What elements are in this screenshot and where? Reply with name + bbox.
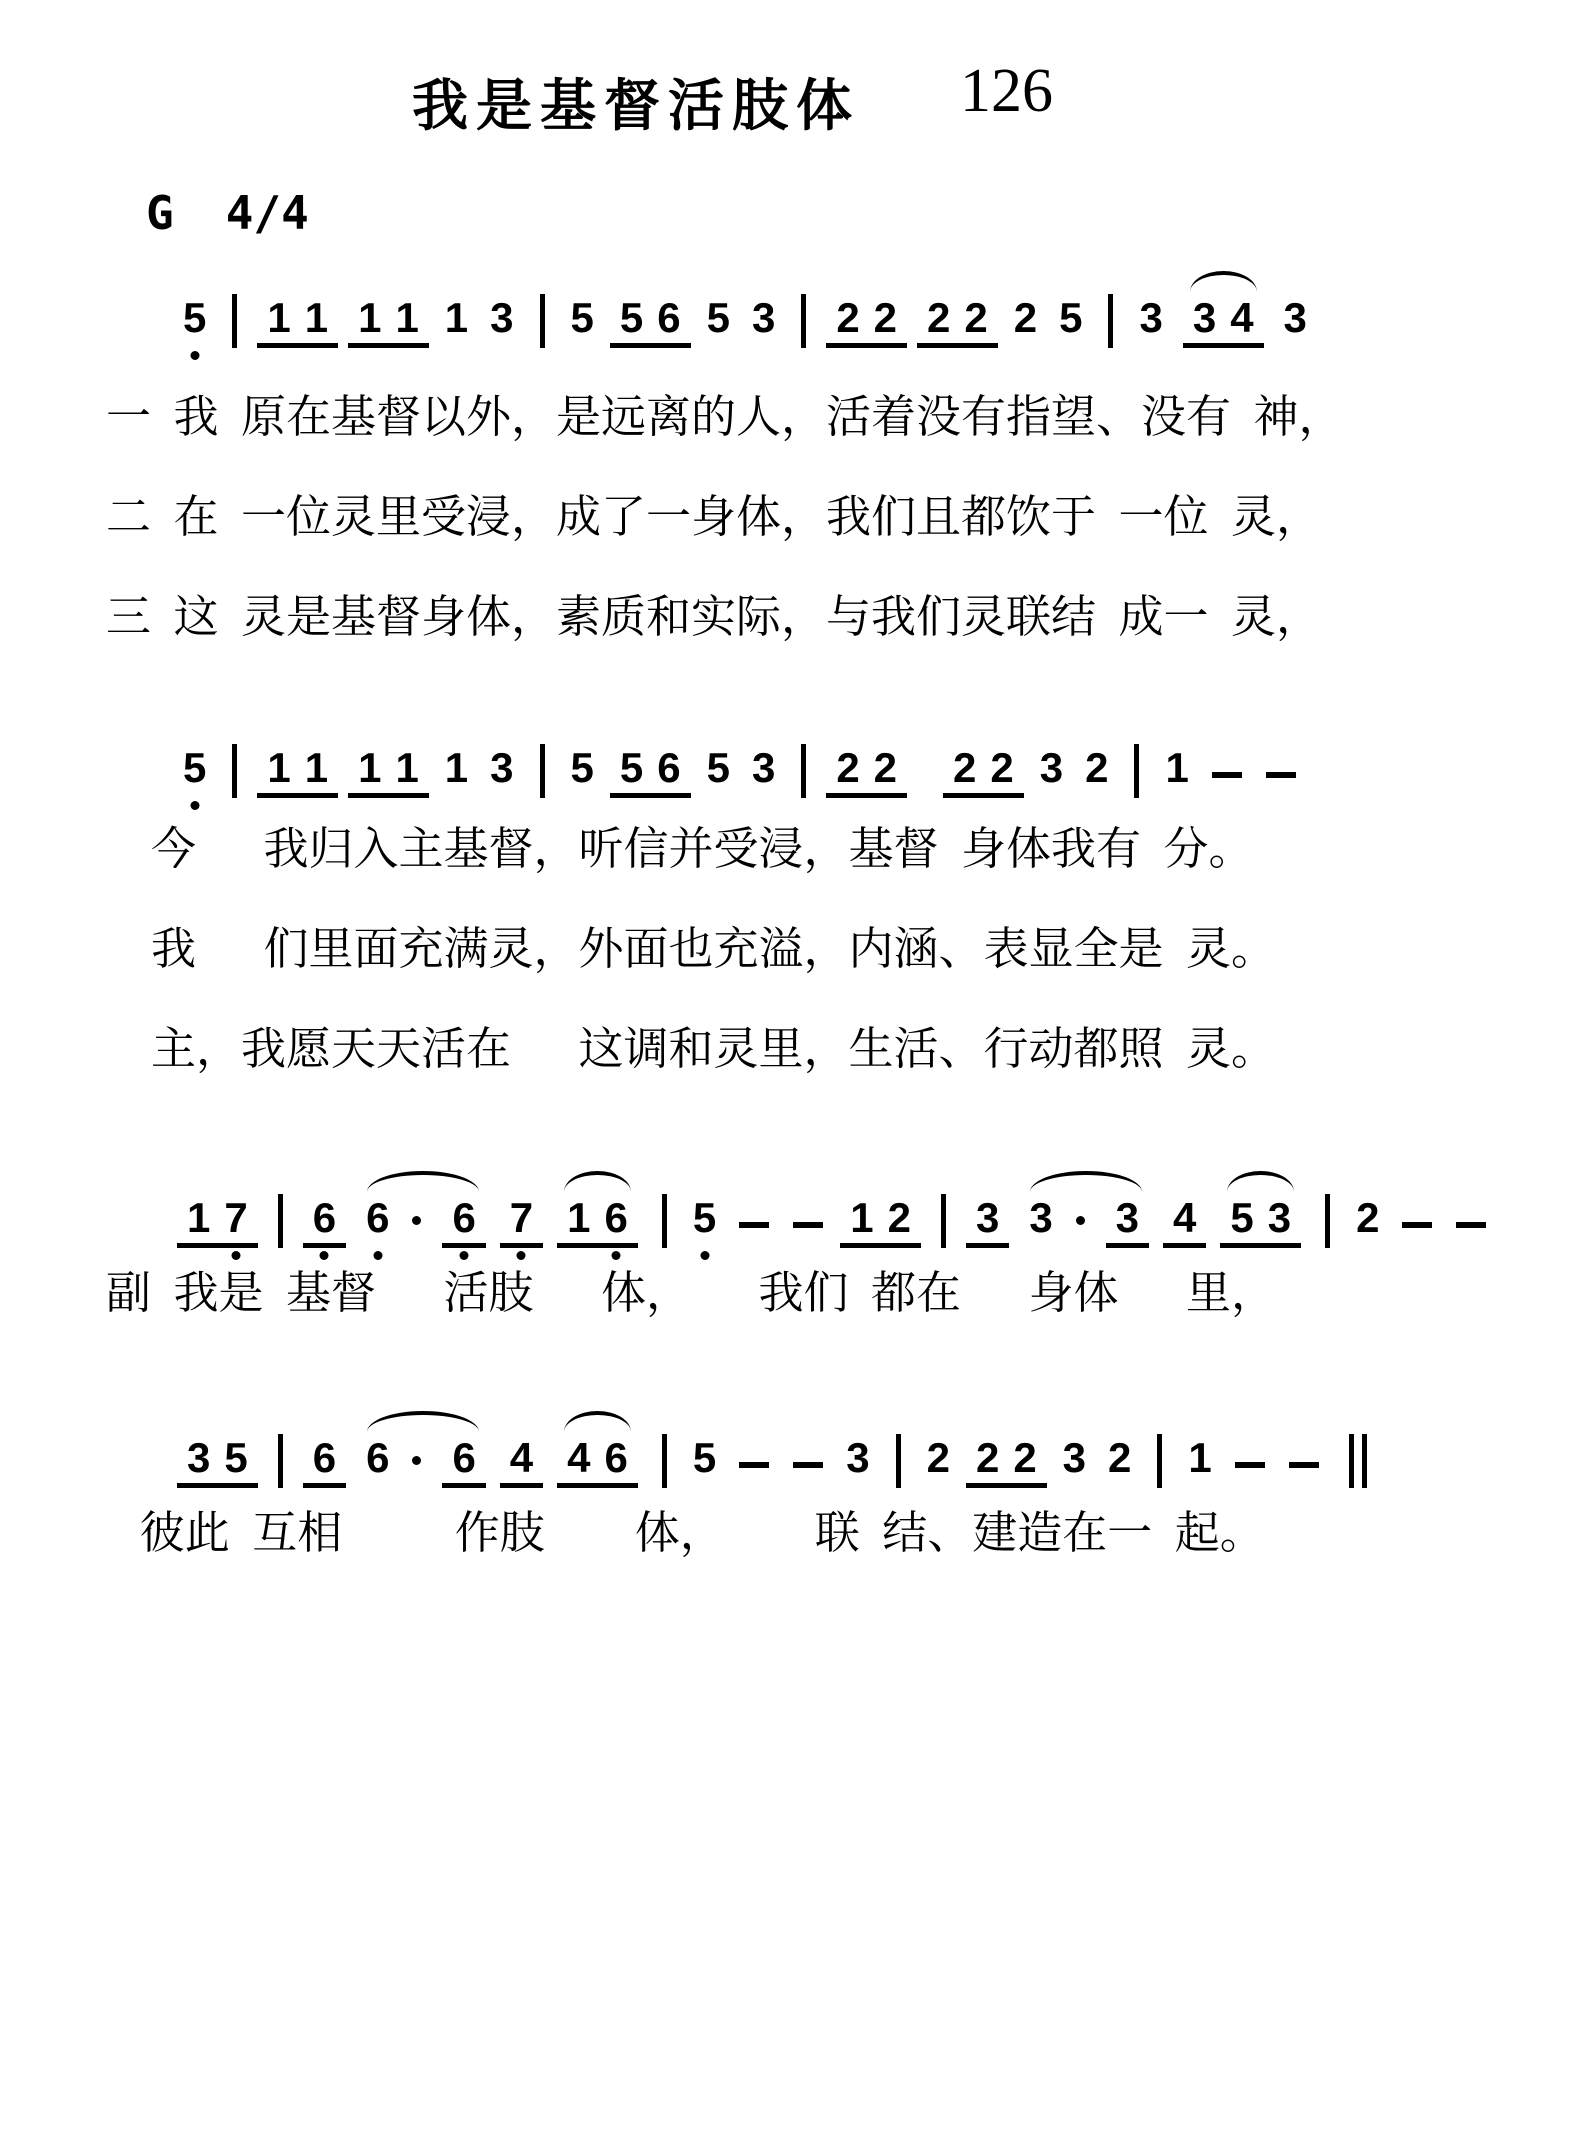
note-digit-low-octave: 7	[503, 1197, 540, 1239]
duration-dash	[739, 1222, 769, 1228]
note-3: 3	[1033, 747, 1070, 798]
duration-dash	[1266, 772, 1296, 778]
note-digit-low-octave: 5	[176, 297, 213, 339]
barline	[278, 1434, 283, 1488]
note-digit: 4	[503, 1437, 540, 1479]
barline	[662, 1434, 667, 1488]
note-6: 6	[445, 1197, 482, 1239]
note-digit: 5	[613, 747, 650, 789]
barline	[941, 1194, 946, 1248]
augmentation-dot	[1076, 1216, 1085, 1225]
music-line-verse-b: 5111113556532222321	[172, 712, 1308, 798]
note-1: 1	[351, 747, 388, 789]
note-4: 4	[560, 1437, 597, 1479]
note-digit: 2	[829, 297, 866, 339]
note-2: 2	[1078, 747, 1115, 798]
beam-underline-group: 4	[1163, 1197, 1206, 1248]
note-digit: 1	[260, 297, 297, 339]
note-digit: 3	[1261, 1197, 1298, 1239]
note-3: 3	[745, 747, 782, 798]
note-1: 1	[438, 747, 475, 798]
note-digit: 6	[445, 1437, 482, 1479]
note-digit: 5	[1223, 1197, 1260, 1239]
barline	[896, 1434, 901, 1488]
note-3: 3	[745, 297, 782, 348]
barline	[1157, 1434, 1162, 1488]
note-5: 5	[176, 747, 213, 798]
duration-dash	[793, 1222, 823, 1228]
note-1: 1	[298, 747, 335, 789]
note-2: 2	[829, 297, 866, 339]
key-signature: G4/4	[146, 186, 309, 240]
note-digit: 1	[260, 747, 297, 789]
note-7: 7	[217, 1197, 254, 1239]
beam-underline-group: 6	[303, 1437, 346, 1488]
note-digit: 3	[483, 747, 520, 789]
note-5: 5	[686, 1197, 723, 1248]
note-digit-low-octave: 6	[445, 1197, 482, 1239]
lyric-verse-3: 三 这 灵是基督身体，素质和实际，与我们灵联结 成一 灵，	[106, 590, 1321, 644]
note-1: 1	[260, 297, 297, 339]
note-digit: 1	[560, 1197, 597, 1239]
note-digit: 2	[867, 297, 904, 339]
note-digit: 3	[1109, 1197, 1146, 1239]
beam-underline-group: 22	[826, 747, 907, 798]
augmentation-dot	[412, 1456, 421, 1465]
note-3: 3	[1109, 1197, 1146, 1239]
note-3: 3	[180, 1437, 217, 1479]
note-2: 2	[983, 747, 1020, 789]
beam-underline-group: 3	[966, 1197, 1009, 1248]
note-2: 2	[957, 297, 994, 339]
note-digit-low-octave: 7	[217, 1197, 254, 1239]
note-3: 3	[1261, 1197, 1298, 1239]
note-digit: 1	[1181, 1437, 1218, 1479]
note-digit: 3	[839, 1437, 876, 1479]
beam-underline-group: 22	[966, 1437, 1047, 1488]
note-digit: 2	[983, 747, 1020, 789]
note-digit: 3	[1186, 297, 1223, 339]
note-3: 3	[839, 1437, 876, 1488]
note-digit: 3	[969, 1197, 1006, 1239]
note-1: 1	[1181, 1437, 1218, 1488]
slur-arc-group: 66	[355, 1197, 491, 1248]
final-double-barline	[1349, 1434, 1367, 1488]
barline	[1108, 294, 1113, 348]
hymn-title: 我是基督活肢体	[412, 62, 860, 142]
note-3: 3	[969, 1197, 1006, 1239]
duration-dash	[1235, 1462, 1265, 1468]
note-digit-low-octave: 6	[306, 1197, 343, 1239]
note-digit: 5	[613, 297, 650, 339]
barline	[662, 1194, 667, 1248]
note-digit: 2	[829, 747, 866, 789]
note-digit: 6	[650, 297, 687, 339]
note-6: 6	[359, 1437, 433, 1488]
lyric-verse-1b: 今 我归入主基督，听信并受浸，基督 身体我有 分。	[106, 822, 1254, 876]
slur-arc-group: 33	[1018, 1197, 1154, 1248]
note-1: 1	[180, 1197, 217, 1239]
beam-underline-group: 3	[1106, 1197, 1149, 1248]
beam-underline-group: 53	[1220, 1197, 1301, 1248]
note-2: 2	[1007, 297, 1044, 348]
note-5: 5	[613, 747, 650, 789]
note-5: 5	[176, 297, 213, 348]
barline	[1362, 1434, 1367, 1488]
music-line-verse-a: 5111113556532222253343	[172, 262, 1318, 348]
note-3: 3	[1056, 1437, 1093, 1488]
beam-underline-group: 12	[840, 1197, 921, 1248]
beam-underline-group: 11	[348, 747, 429, 798]
slur-arc-group: 16	[552, 1197, 643, 1248]
augmentation-dot	[412, 1216, 421, 1225]
note-digit: 3	[1033, 747, 1070, 789]
note-5: 5	[613, 297, 650, 339]
note-digit: 3	[745, 747, 782, 789]
note-digit: 1	[180, 1197, 217, 1239]
note-digit: 4	[560, 1437, 597, 1479]
note-digit: 6	[650, 747, 687, 789]
note-1: 1	[388, 297, 425, 339]
beam-underline-group: 56	[610, 297, 691, 348]
note-digit: 3	[1056, 1437, 1093, 1479]
note-4: 4	[1166, 1197, 1203, 1239]
note-digit: 2	[969, 1437, 1006, 1479]
note-digit: 6	[598, 1437, 635, 1479]
barline	[540, 294, 545, 348]
lyric-chorus-a: 副 我是 基督 活肢 体， 我们 都在 身体 里，	[106, 1266, 1276, 1320]
beam-underline-group: 34	[1183, 297, 1264, 348]
note-digit: 6	[359, 1437, 396, 1479]
note-2: 2	[920, 297, 957, 339]
note-digit: 2	[920, 1437, 957, 1479]
note-6: 6	[598, 1437, 635, 1479]
music-line-chorus-b: 3566644653222321	[172, 1402, 1367, 1488]
duration-dash	[1289, 1462, 1319, 1468]
note-digit: 3	[483, 297, 520, 339]
barline	[801, 744, 806, 798]
note-digit: 5	[564, 297, 601, 339]
beam-underline-group: 7	[500, 1197, 543, 1248]
note-digit: 2	[946, 747, 983, 789]
note-digit: 1	[1158, 747, 1195, 789]
beam-underline-group: 46	[557, 1437, 638, 1488]
note-digit: 5	[217, 1437, 254, 1479]
note-3: 3	[483, 297, 520, 348]
note-digit: 2	[1078, 747, 1115, 789]
duration-dash	[739, 1462, 769, 1468]
duration-dash	[1456, 1222, 1486, 1228]
note-2: 2	[881, 1197, 918, 1239]
note-5: 5	[700, 297, 737, 348]
note-digit: 1	[438, 297, 475, 339]
note-digit: 5	[1052, 297, 1089, 339]
note-digit: 1	[298, 297, 335, 339]
lyric-verse-1: 一 我 原在基督以外，是远离的人，活着没有指望、没有 神，	[106, 390, 1344, 444]
beam-underline-group: 4	[500, 1437, 543, 1488]
note-digit: 2	[957, 297, 994, 339]
note-2: 2	[829, 747, 866, 789]
barline	[540, 744, 545, 798]
note-digit: 4	[1166, 1197, 1203, 1239]
note-digit: 1	[843, 1197, 880, 1239]
note-digit: 5	[700, 747, 737, 789]
note-6: 6	[359, 1197, 433, 1248]
slur-arc-group: 46	[552, 1437, 643, 1488]
note-digit: 2	[920, 297, 957, 339]
beam-underline-group: 22	[917, 297, 998, 348]
note-2: 2	[867, 297, 904, 339]
note-digit: 4	[1223, 297, 1260, 339]
beam-underline-group: 6	[442, 1437, 485, 1488]
note-1: 1	[560, 1197, 597, 1239]
note-5: 5	[564, 747, 601, 798]
note-digit: 3	[1277, 297, 1314, 339]
note-digit-low-octave: 5	[176, 747, 213, 789]
note-digit: 3	[1022, 1197, 1059, 1239]
beam-underline-group: 11	[257, 297, 338, 348]
lyric-verse-2: 二 在 一位灵里受浸，成了一身体，我们且都饮于 一位 灵，	[106, 490, 1321, 544]
lyric-verse-2b: 我 们里面充满灵，外面也充溢，内涵、表显全是 灵。	[106, 922, 1276, 976]
note-2: 2	[920, 1437, 957, 1488]
note-digit: 2	[881, 1197, 918, 1239]
lyric-verse-3b: 主，我愿天天活在 这调和灵里，生活、行动都照 灵。	[106, 1022, 1276, 1076]
barline	[1349, 1434, 1354, 1488]
slur-arc-group: 34	[1178, 297, 1269, 348]
note-6: 6	[650, 747, 687, 789]
note-digit: 3	[1132, 297, 1169, 339]
hymn-sheet-page: 我是基督活肢体 126 G4/4 5111113556532222253343 …	[0, 0, 1571, 2138]
music-line-chorus-a: 176667165123334532	[172, 1162, 1498, 1248]
note-5: 5	[686, 1437, 723, 1488]
note-1: 1	[351, 297, 388, 339]
duration-dash	[1402, 1222, 1432, 1228]
beam-underline-group: 17	[177, 1197, 258, 1248]
note-digit: 1	[388, 297, 425, 339]
note-digit: 2	[1349, 1197, 1386, 1239]
note-digit: 1	[298, 747, 335, 789]
barline	[232, 744, 237, 798]
beam-underline-group: 11	[348, 297, 429, 348]
note-6: 6	[650, 297, 687, 339]
note-digit: 2	[1007, 297, 1044, 339]
note-digit: 2	[1101, 1437, 1138, 1479]
beam-underline-group: 11	[257, 747, 338, 798]
note-digit: 3	[180, 1437, 217, 1479]
beam-underline-group: 22	[826, 297, 907, 348]
note-digit: 5	[686, 1437, 723, 1479]
note-digit-low-octave: 5	[686, 1197, 723, 1239]
beam-underline-group: 16	[557, 1197, 638, 1248]
barline	[801, 294, 806, 348]
note-1: 1	[438, 297, 475, 348]
note-digit: 2	[867, 747, 904, 789]
note-1: 1	[298, 297, 335, 339]
note-5: 5	[564, 297, 601, 348]
hymn-number: 126	[960, 56, 1053, 127]
note-7: 7	[503, 1197, 540, 1239]
note-6: 6	[445, 1437, 482, 1479]
note-2: 2	[969, 1437, 1006, 1479]
lyric-chorus-b: 彼此 互相 作肢 体， 联 结、建造在一 起。	[106, 1506, 1265, 1560]
note-digit: 5	[564, 747, 601, 789]
key-letter: G	[146, 186, 174, 240]
note-2: 2	[1101, 1437, 1138, 1488]
note-1: 1	[1158, 747, 1195, 798]
time-signature: 4/4	[226, 186, 309, 240]
barline	[1325, 1194, 1330, 1248]
note-digit: 1	[438, 747, 475, 789]
barline	[278, 1194, 283, 1248]
note-3: 3	[1022, 1197, 1096, 1248]
note-1: 1	[388, 747, 425, 789]
barline	[232, 294, 237, 348]
note-1: 1	[260, 747, 297, 789]
note-digit: 2	[1006, 1437, 1043, 1479]
note-digit: 6	[306, 1437, 343, 1479]
note-5: 5	[700, 747, 737, 798]
slur-arc-group: 66	[355, 1437, 491, 1488]
note-5: 5	[1223, 1197, 1260, 1239]
duration-dash	[1212, 772, 1242, 778]
note-5: 5	[1052, 297, 1089, 348]
note-2: 2	[867, 747, 904, 789]
note-digit: 1	[388, 747, 425, 789]
note-5: 5	[217, 1437, 254, 1479]
note-3: 3	[1186, 297, 1223, 339]
note-3: 3	[1277, 297, 1314, 348]
note-digit-low-octave: 6	[598, 1197, 635, 1239]
note-1: 1	[843, 1197, 880, 1239]
note-digit: 1	[351, 747, 388, 789]
note-3: 3	[483, 747, 520, 798]
note-digit: 5	[700, 297, 737, 339]
slur-arc-group: 53	[1215, 1197, 1306, 1248]
duration-dash	[793, 1462, 823, 1468]
beam-underline-group: 6	[303, 1197, 346, 1248]
barline	[1134, 744, 1139, 798]
beam-underline-group: 35	[177, 1437, 258, 1488]
note-digit: 3	[745, 297, 782, 339]
note-4: 4	[1223, 297, 1260, 339]
beam-underline-group: 6	[442, 1197, 485, 1248]
note-digit: 1	[351, 297, 388, 339]
note-6: 6	[306, 1197, 343, 1239]
note-digit-low-octave: 6	[359, 1197, 396, 1239]
note-4: 4	[503, 1437, 540, 1479]
note-3: 3	[1132, 297, 1169, 348]
note-2: 2	[1349, 1197, 1386, 1248]
beam-underline-group: 56	[610, 747, 691, 798]
note-6: 6	[598, 1197, 635, 1239]
note-2: 2	[1006, 1437, 1043, 1479]
note-2: 2	[946, 747, 983, 789]
beam-underline-group: 22	[943, 747, 1024, 798]
note-6: 6	[306, 1437, 343, 1479]
